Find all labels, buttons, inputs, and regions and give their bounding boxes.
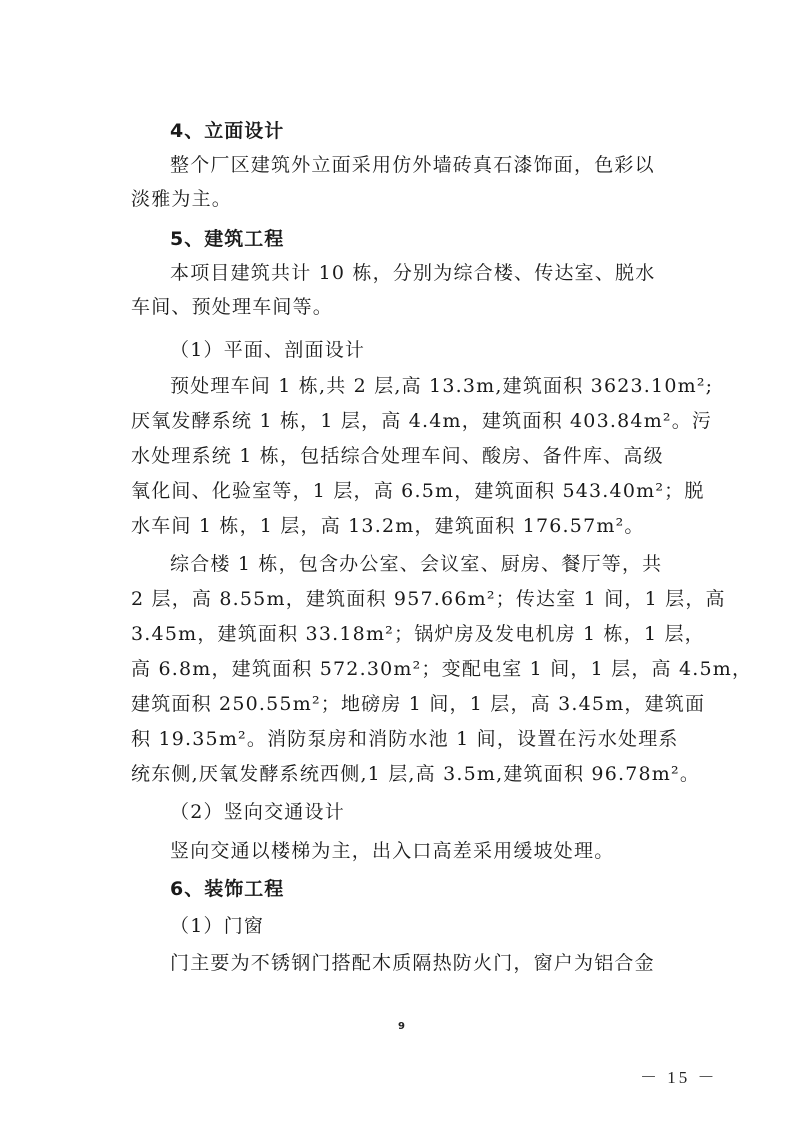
subheading-vertical-traffic-design: （2）竖向交通设计 xyxy=(170,800,700,824)
paragraph-line: 积 19.35m²。消防泵房和消防水池 1 间，设置在污水处理系 xyxy=(131,727,661,751)
paragraph-line: 淡雅为主。 xyxy=(131,187,661,211)
paragraph-line: 统东侧,厌氧发酵系统西侧,1 层,高 3.5m,建筑面积 96.78m²。 xyxy=(131,762,661,786)
paragraph-line: 综合楼 1 栋，包含办公室、会议室、厨房、餐厅等，共 xyxy=(170,552,700,576)
paragraph-line: 厌氧发酵系统 1 栋，1 层，高 4.4m，建筑面积 403.84m²。污 xyxy=(131,409,661,433)
paragraph-line: 3.45m，建筑面积 33.18m²；锅炉房及发电机房 1 栋，1 层， xyxy=(131,622,661,646)
paragraph-line: 水处理系统 1 栋，包括综合处理车间、酸房、备件库、高级 xyxy=(131,444,661,468)
paragraph-line: 整个厂区建筑外立面采用仿外墙砖真石漆饰面，色彩以 xyxy=(170,153,700,177)
section-heading-elevation-design: 4、立面设计 xyxy=(170,119,700,143)
subheading-plan-section-design: （1）平面、剖面设计 xyxy=(170,338,700,362)
document-page: 4、立面设计 整个厂区建筑外立面采用仿外墙砖真石漆饰面，色彩以 淡雅为主。 5、… xyxy=(0,0,793,1121)
paragraph-line: 车间、预处理车间等。 xyxy=(131,295,661,319)
paragraph-line: 预处理车间 1 栋,共 2 层,高 13.3m,建筑面积 3623.10m²; xyxy=(170,374,700,398)
inner-page-number: 9 xyxy=(398,1021,405,1032)
section-heading-decoration: 6、装饰工程 xyxy=(170,877,700,901)
paragraph-line: 2 层，高 8.55m，建筑面积 957.66m²；传达室 1 间，1 层，高 xyxy=(131,587,661,611)
paragraph-line: 氧化间、化验室等，1 层，高 6.5m，建筑面积 543.40m²；脱 xyxy=(131,479,661,503)
paragraph-line: 门主要为不锈钢门搭配木质隔热防火门，窗户为铝合金 xyxy=(170,951,700,975)
page-number: － 15 － xyxy=(640,1063,718,1088)
subheading-doors-windows: （1）门窗 xyxy=(170,914,700,938)
paragraph-line: 高 6.8m，建筑面积 572.30m²；变配电室 1 间，1 层，高 4.5m… xyxy=(131,657,661,681)
paragraph-line: 本项目建筑共计 10 栋，分别为综合楼、传达室、脱水 xyxy=(170,261,700,285)
paragraph-line: 水车间 1 栋，1 层，高 13.2m，建筑面积 176.57m²。 xyxy=(131,514,661,538)
paragraph-line: 建筑面积 250.55m²；地磅房 1 间，1 层，高 3.45m，建筑面 xyxy=(131,692,661,716)
paragraph-line: 竖向交通以楼梯为主，出入口高差采用缓坡处理。 xyxy=(170,839,700,863)
section-heading-construction: 5、建筑工程 xyxy=(170,227,700,251)
